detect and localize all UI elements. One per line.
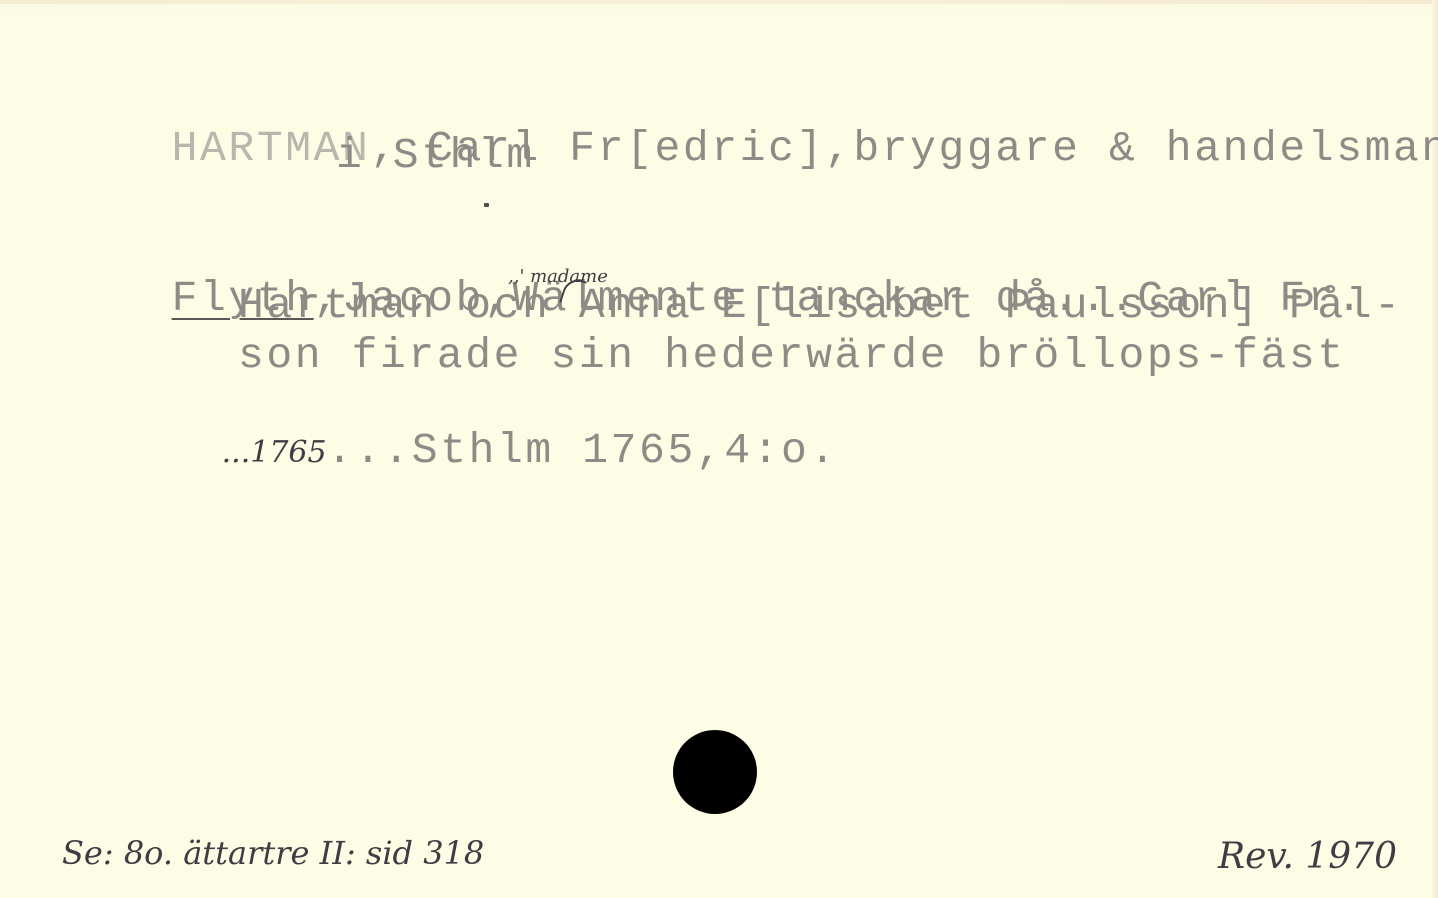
card-top-edge (0, 0, 1438, 4)
entry-line-4: ...1765...Sthlm 1765,4:o. (108, 386, 838, 515)
heading-line-1: HARTMAN, Carl Fr[edric],bryggare & hande… (58, 84, 1438, 213)
handwritten-revision-note: Rev. 1970 (1218, 836, 1397, 877)
entry-line-2: Hartman och Anna E[lisabet Paulsson] Pål… (238, 284, 1403, 327)
catalog-card: HARTMAN, Carl Fr[edric],bryggare & hande… (0, 0, 1438, 898)
punch-hole (673, 730, 757, 814)
handwritten-reference-note: Se: 8o. ättartre II: sid 318 (62, 834, 484, 872)
entry-line-3: son firade sin hederwärde bröllops-fäst (238, 334, 1346, 377)
ink-dot (484, 203, 489, 207)
handwritten-date: ...1765 (222, 435, 327, 470)
entry-line-4-typed: ...Sthlm 1765,4:o. (327, 426, 838, 475)
heading-line-2: i Sthlm (336, 134, 535, 177)
